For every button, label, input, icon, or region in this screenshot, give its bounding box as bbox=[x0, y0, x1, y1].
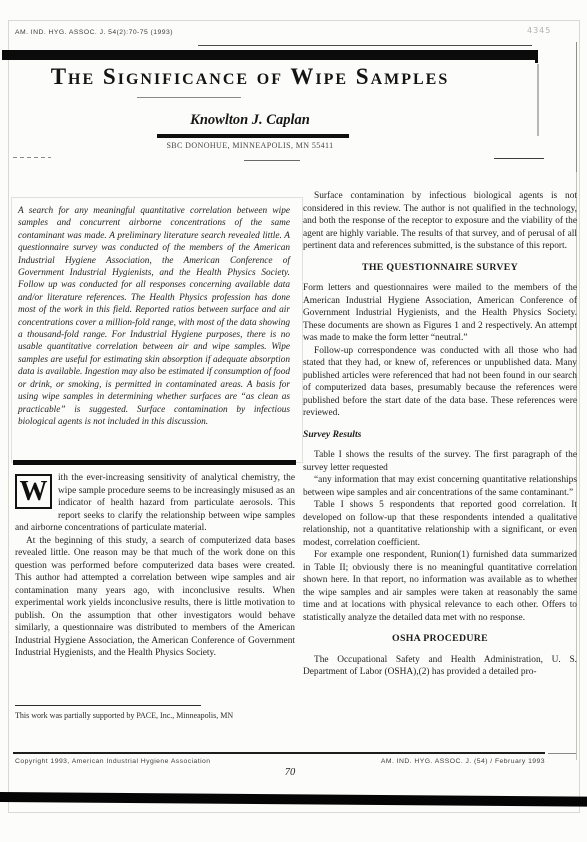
corner-stamp-number: 4345 bbox=[527, 26, 551, 35]
body-paragraph: For example one respondent, Runion(1) fu… bbox=[303, 549, 577, 624]
abstract-bottom-rule bbox=[13, 460, 296, 465]
scan-artifact-vertical-line bbox=[537, 64, 539, 136]
intro-paragraph-text: ith the ever-increasing sensitivity of a… bbox=[15, 473, 295, 533]
left-column-body: With the ever-increasing sensitivity of … bbox=[15, 472, 295, 660]
abstract-text: A search for any meaningful quantitative… bbox=[18, 205, 290, 428]
author-name: Knowlton J. Caplan bbox=[0, 112, 500, 129]
intro-paragraph: With the ever-increasing sensitivity of … bbox=[15, 472, 295, 535]
author-affiliation: SBC DONOHUE, MINNEAPOLIS, MN 55411 bbox=[0, 141, 500, 150]
body-paragraph: Table I shows 5 respondents that reporte… bbox=[303, 499, 577, 549]
page-number: 70 bbox=[260, 767, 320, 778]
title-underline-artifact bbox=[137, 97, 241, 98]
quoted-request-text: “any information that may exist concerni… bbox=[303, 474, 577, 499]
footer-journal-ref: AM. IND. HYG. ASSOC. J. (54) / February … bbox=[320, 758, 545, 765]
scanned-journal-page: AM. IND. HYG. ASSOC. J. 54(2):70-75 (199… bbox=[0, 0, 587, 842]
dropcap-letter: W bbox=[15, 474, 52, 509]
footer-rule bbox=[13, 752, 545, 754]
header-thin-rule bbox=[198, 45, 532, 46]
scan-artifact-top-bar bbox=[2, 50, 538, 60]
article-title: The Significance of Wipe Samples bbox=[0, 64, 500, 90]
body-paragraph: Table I shows the results of the survey.… bbox=[303, 449, 577, 474]
journal-citation-header: AM. IND. HYG. ASSOC. J. 54(2):70-75 (199… bbox=[15, 29, 173, 36]
scan-artifact-bottom-bar bbox=[0, 792, 587, 807]
body-paragraph: The Occupational Safety and Health Admin… bbox=[303, 654, 577, 679]
author-rule bbox=[157, 134, 349, 138]
subsection-heading-survey-results: Survey Results bbox=[303, 429, 577, 442]
scan-artifact-right-edge-dark bbox=[576, 42, 577, 172]
copyright-notice: Copyright 1993, American Industrial Hygi… bbox=[15, 758, 211, 765]
section-heading-questionnaire-survey: THE QUESTIONNAIRE SURVEY bbox=[303, 262, 577, 275]
footnote-rule bbox=[15, 705, 201, 706]
section-heading-osha-procedure: OSHA PROCEDURE bbox=[303, 633, 577, 646]
footnote-text: This work was partially supported by PAC… bbox=[15, 711, 280, 722]
body-paragraph: Form letters and questionnaires were mai… bbox=[303, 282, 577, 345]
right-column-body: Surface contamination by infectious biol… bbox=[303, 190, 577, 679]
footer-rule-fragment bbox=[548, 753, 576, 754]
body-paragraph: Surface contamination by infectious biol… bbox=[303, 190, 577, 253]
scan-artifact-line-mid bbox=[244, 160, 300, 161]
scan-artifact-dashes-left bbox=[13, 157, 51, 158]
scan-artifact-line-right bbox=[494, 158, 544, 159]
scan-artifact-bar-stub bbox=[535, 50, 538, 63]
body-paragraph: At the beginning of this study, a search… bbox=[15, 535, 295, 660]
body-paragraph: Follow-up correspondence was conducted w… bbox=[303, 345, 577, 420]
